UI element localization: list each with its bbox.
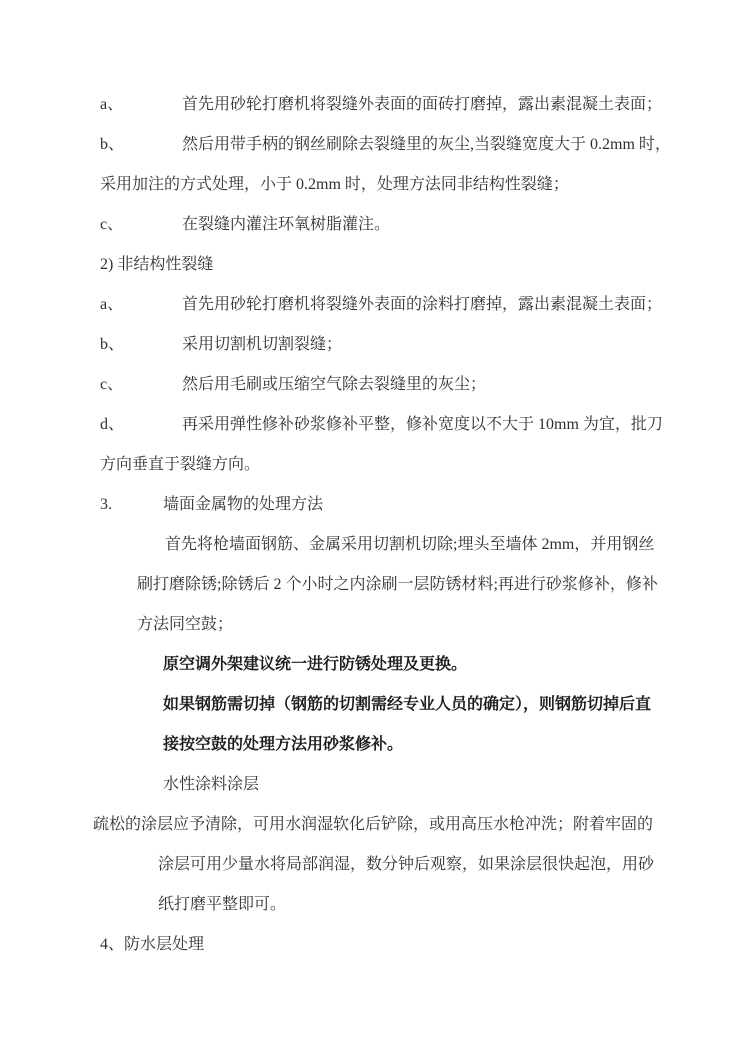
line-text: 采用切割机切割裂缝； bbox=[182, 336, 342, 353]
text-line: 首先将枪墙面钢筋、金属采用切割机切除;埋头至墙体 2mm，并用钢丝 bbox=[100, 525, 670, 565]
line-text: 2) 非结构性裂缝 bbox=[100, 256, 213, 273]
line-text: 首先将枪墙面钢筋、金属采用切割机切除;埋头至墙体 2mm，并用钢丝 bbox=[165, 536, 654, 553]
text-line: b、采用切割机切割裂缝； bbox=[100, 325, 670, 365]
line-text: 方法同空鼓； bbox=[137, 616, 233, 633]
text-line: 水性涂料涂层 bbox=[100, 765, 670, 805]
document-page: a、首先用砂轮打磨机将裂缝外表面的面砖打磨掉，露出素混凝土表面；b、然后用带手柄… bbox=[0, 0, 744, 1052]
text-line: a、首先用砂轮打磨机将裂缝外表面的涂料打磨掉，露出素混凝土表面； bbox=[100, 285, 670, 325]
list-marker: 3. bbox=[100, 485, 163, 525]
text-line: c、然后用毛刷或压缩空气除去裂缝里的灰尘； bbox=[100, 365, 670, 405]
line-text: 方向垂直于裂缝方向。 bbox=[100, 456, 260, 473]
line-text: 原空调外架建议统一进行防锈处理及更换。 bbox=[163, 656, 467, 673]
text-line: 3.墙面金属物的处理方法 bbox=[100, 485, 670, 525]
text-line: 方法同空鼓； bbox=[100, 605, 670, 645]
line-text: 在裂缝内灌注环氧树脂灌注。 bbox=[182, 216, 390, 233]
text-line: 方向垂直于裂缝方向。 bbox=[100, 445, 670, 485]
text-line: 采用加注的方式处理，小于 0.2mm 时，处理方法同非结构性裂缝； bbox=[100, 165, 670, 205]
line-text: 接按空鼓的处理方法用砂浆修补。 bbox=[163, 736, 403, 753]
line-text: 然后用带手柄的钢丝刷除去裂缝里的灰尘,当裂缝宽度大于 0.2mm 时， bbox=[182, 136, 671, 153]
text-line: 刷打磨除锈;除锈后 2 个小时之内涂刷一层防锈材料;再进行砂浆修补，修补 bbox=[100, 565, 670, 605]
text-line: 纸打磨平整即可。 bbox=[100, 885, 670, 925]
line-text: 墙面金属物的处理方法 bbox=[163, 496, 323, 513]
line-text: 疏松的涂层应予清除，可用水润湿软化后铲除，或用高压水枪冲洗；附着牢固的 bbox=[93, 816, 653, 833]
line-text: 再采用弹性修补砂浆修补平整，修补宽度以不大于 10mm 为宜，批刀 bbox=[182, 416, 663, 433]
line-text: 刷打磨除锈;除锈后 2 个小时之内涂刷一层防锈材料;再进行砂浆修补，修补 bbox=[137, 576, 658, 593]
document-body: a、首先用砂轮打磨机将裂缝外表面的面砖打磨掉，露出素混凝土表面；b、然后用带手柄… bbox=[100, 85, 670, 965]
line-text: 然后用毛刷或压缩空气除去裂缝里的灰尘； bbox=[182, 376, 486, 393]
text-line: 2) 非结构性裂缝 bbox=[100, 245, 670, 285]
list-marker: a、 bbox=[100, 85, 182, 125]
list-marker: b、 bbox=[100, 125, 182, 165]
line-text: 如果钢筋需切掉（钢筋的切割需经专业人员的确定），则钢筋切掉后直 bbox=[163, 696, 651, 713]
text-line: c、在裂缝内灌注环氧树脂灌注。 bbox=[100, 205, 670, 245]
list-marker: b、 bbox=[100, 325, 182, 365]
list-marker: d、 bbox=[100, 405, 182, 445]
list-marker: c、 bbox=[100, 205, 182, 245]
text-line: 原空调外架建议统一进行防锈处理及更换。 bbox=[100, 645, 670, 685]
text-line: 涂层可用少量水将局部润湿，数分钟后观察，如果涂层很快起泡，用砂 bbox=[100, 845, 670, 885]
line-text: 涂层可用少量水将局部润湿，数分钟后观察，如果涂层很快起泡，用砂 bbox=[158, 856, 654, 873]
line-text: 4、防水层处理 bbox=[100, 936, 204, 953]
line-text: 采用加注的方式处理，小于 0.2mm 时，处理方法同非结构性裂缝； bbox=[100, 176, 569, 193]
text-line: 疏松的涂层应予清除，可用水润湿软化后铲除，或用高压水枪冲洗；附着牢固的 bbox=[93, 805, 670, 845]
text-line: b、然后用带手柄的钢丝刷除去裂缝里的灰尘,当裂缝宽度大于 0.2mm 时， bbox=[100, 125, 670, 165]
line-text: 水性涂料涂层 bbox=[163, 776, 259, 793]
list-marker: c、 bbox=[100, 365, 182, 405]
text-line: 如果钢筋需切掉（钢筋的切割需经专业人员的确定），则钢筋切掉后直 bbox=[100, 685, 670, 725]
text-line: a、首先用砂轮打磨机将裂缝外表面的面砖打磨掉，露出素混凝土表面； bbox=[100, 85, 670, 125]
line-text: 首先用砂轮打磨机将裂缝外表面的面砖打磨掉，露出素混凝土表面； bbox=[182, 96, 662, 113]
line-text: 首先用砂轮打磨机将裂缝外表面的涂料打磨掉，露出素混凝土表面； bbox=[182, 296, 662, 313]
list-marker: a、 bbox=[100, 285, 182, 325]
line-text: 纸打磨平整即可。 bbox=[158, 896, 286, 913]
text-line: 4、防水层处理 bbox=[100, 925, 670, 965]
text-line: d、再采用弹性修补砂浆修补平整，修补宽度以不大于 10mm 为宜，批刀 bbox=[100, 405, 670, 445]
text-line: 接按空鼓的处理方法用砂浆修补。 bbox=[100, 725, 670, 765]
